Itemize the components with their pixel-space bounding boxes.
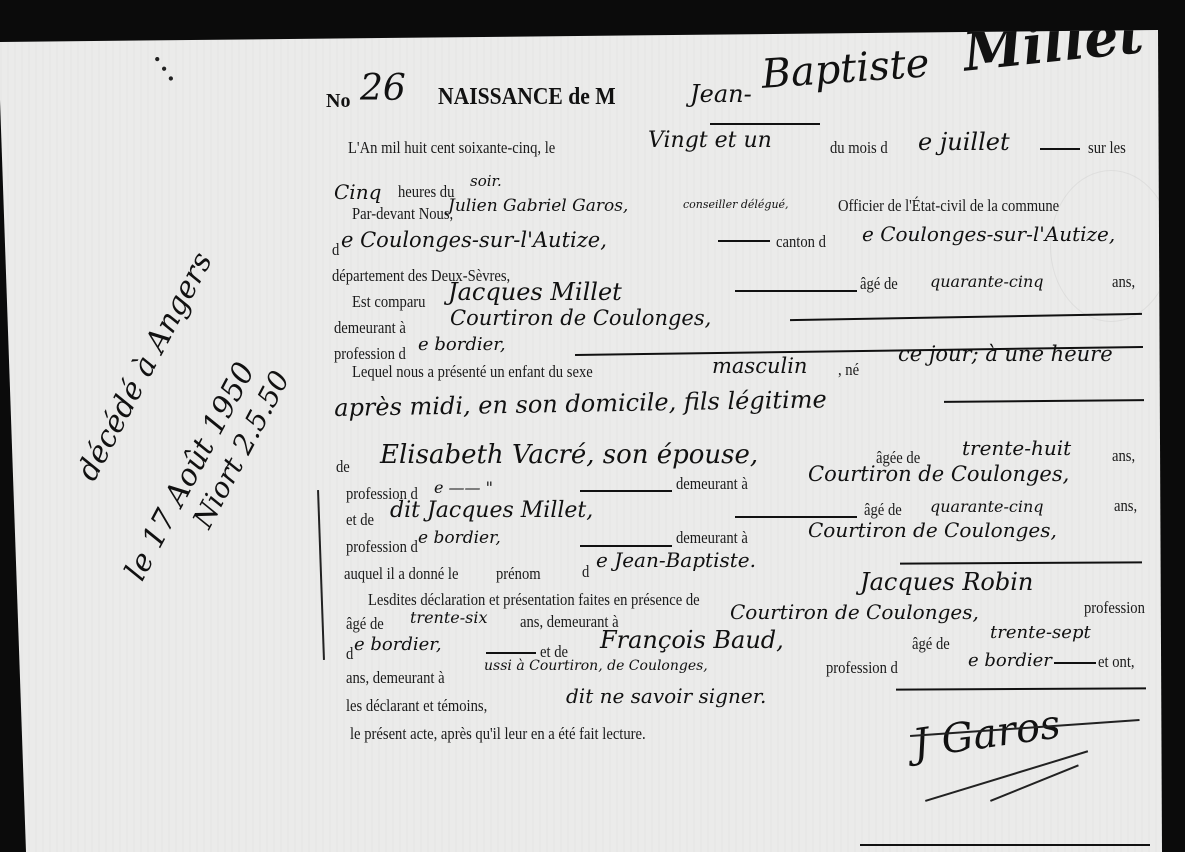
printed-text: demeurant à	[676, 528, 748, 548]
handwritten-time: soir.	[470, 172, 502, 190]
printed-text: auquel il a donné le	[344, 564, 458, 584]
printed-text: de	[336, 457, 350, 477]
printed-text: Est comparu	[352, 292, 425, 312]
handwritten-given-names: e Jean-Baptiste.	[596, 548, 756, 572]
next-entry-line	[860, 844, 1150, 846]
handwritten-witness-2: François Baud,	[600, 626, 784, 654]
printed-text: demeurant à	[334, 318, 406, 338]
printed-text: ans,	[1112, 272, 1135, 292]
printed-text: et de	[346, 510, 374, 530]
handwritten-officer-title: conseiller délégué,	[683, 198, 789, 211]
printed-text: le présent acte, après qu'il leur en a é…	[350, 724, 646, 744]
signature-overline	[910, 719, 1140, 737]
printed-text: canton d	[776, 232, 826, 252]
handwritten-mother-profession: e —— "	[434, 478, 493, 497]
printed-text: âgé de	[912, 634, 950, 654]
handwritten-canton: e Coulonges-sur-l'Autize,	[862, 222, 1115, 246]
fill-line	[580, 490, 672, 492]
printed-text: profession d	[346, 484, 418, 504]
printed-text: sur les	[1088, 138, 1126, 158]
printed-text: Lesdites déclaration et présentation fai…	[368, 590, 700, 610]
printed-text: âgé de	[346, 614, 384, 634]
faint-stamp	[1050, 170, 1172, 322]
printed-text: âgé de	[864, 500, 902, 520]
fill-line	[735, 516, 857, 518]
handwritten-residence: Courtiron de Coulonges,	[450, 306, 711, 330]
printed-text: , né	[838, 360, 859, 380]
officer-signature: J Garos	[910, 701, 1063, 767]
printed-text: et ont,	[1098, 652, 1135, 672]
signature-flourish	[925, 750, 1088, 802]
printed-text: Par-devant Nous,	[352, 204, 453, 224]
handwritten-father: Jacques Millet	[448, 278, 622, 306]
child-given-name-1: Jean-	[690, 80, 752, 108]
printed-text: Lequel nous a présenté un enfant du sexe	[352, 362, 593, 382]
handwritten-declarant-age: quarante-cinq	[930, 497, 1044, 516]
fill-line	[580, 545, 672, 547]
title-underline	[710, 123, 820, 125]
fill-line	[1054, 662, 1096, 664]
handwritten-day: Vingt et un	[648, 128, 772, 153]
margin-note-death-date: le 17 Août 1950	[118, 357, 262, 587]
handwritten-age: quarante-cinq	[930, 272, 1044, 291]
printed-text: profession d	[826, 658, 898, 678]
signature-flourish	[990, 764, 1079, 801]
printed-text: et de	[540, 642, 568, 662]
printed-text: du mois d	[830, 138, 888, 158]
handwritten-mother-age: trente-huit	[962, 436, 1071, 460]
fill-line	[896, 687, 1146, 690]
printed-text: âgé de	[860, 274, 898, 294]
fill-line	[900, 561, 1142, 564]
handwritten-witness-2-profession: e bordier	[968, 650, 1052, 671]
handwritten-commune: e Coulonges-sur-l'Autize,	[341, 228, 607, 252]
fill-line	[735, 290, 857, 292]
fill-line	[718, 240, 770, 242]
handwritten-declarant-profession: e bordier,	[418, 528, 501, 548]
fill-line	[1040, 148, 1080, 150]
handwritten-declarant-residence: Courtiron de Coulonges,	[808, 518, 1057, 542]
handwritten-birth-time: ce jour; à une heure	[898, 342, 1113, 366]
printed-text: profession d	[334, 344, 406, 364]
margin-note-death-place: décédé à Angers	[70, 247, 220, 487]
printed-text: demeurant à	[676, 474, 748, 494]
handwritten-officer: Julien Gabriel Garos,	[448, 196, 628, 216]
fill-line	[575, 346, 1143, 356]
handwritten-witness-1-residence: Courtiron de Coulonges,	[730, 600, 979, 624]
handwritten-witness-1: Jacques Robin	[860, 568, 1033, 596]
printed-text: profession	[1084, 598, 1145, 618]
printed-text: profession d	[346, 537, 418, 557]
handwritten-month: e juillet	[918, 128, 1010, 156]
handwritten-birth-place: après midi, en son domicile, fils légiti…	[334, 385, 827, 422]
act-title: NAISSANCE de M	[438, 84, 616, 111]
printed-text: ans, demeurant à	[520, 612, 619, 632]
handwritten-declarant: dit Jacques Millet,	[390, 498, 593, 523]
printed-text: ans, demeurant à	[346, 668, 445, 688]
handwritten-mother-residence: Courtiron de Coulonges,	[808, 462, 1069, 486]
handwritten-witness-2-age: trente-sept	[990, 622, 1091, 643]
handwritten-profession: e bordier,	[418, 334, 506, 355]
handwritten-witness-1-age: trente-six	[410, 608, 488, 627]
margin-note-place-date: Niort 2.5.50	[186, 365, 296, 533]
number-prefix: No	[326, 90, 350, 113]
printed-text: d	[346, 644, 353, 664]
child-given-name-2: Baptiste	[760, 40, 931, 98]
printed-text: d	[582, 562, 589, 582]
printed-text: L'An mil huit cent soixante-cinq, le	[348, 138, 555, 158]
printed-text: âgée de	[876, 448, 920, 468]
printed-text: ans,	[1114, 496, 1137, 516]
handwritten-mother: Elisabeth Vacré, son épouse,	[380, 440, 758, 470]
handwritten-witness-2-residence: ussi à Courtiron, de Coulonges,	[484, 658, 708, 674]
ink-specks: • • •	[149, 52, 178, 86]
fill-line	[944, 399, 1144, 403]
printed-text: d	[332, 240, 339, 260]
handwritten-witness-1-profession: e bordier,	[354, 634, 442, 655]
printed-text: heures du	[398, 182, 454, 202]
printed-text: ans,	[1112, 446, 1135, 466]
printed-text: département des Deux-Sèvres,	[332, 266, 510, 286]
act-number: 26	[360, 68, 406, 109]
register-page: • • • No 26 NAISSANCE de M Jean- Baptist…	[0, 0, 1185, 852]
child-surname: Millet	[960, 1, 1146, 84]
fill-line	[790, 313, 1142, 321]
handwritten-signing-note: dit ne savoir signer.	[566, 684, 766, 708]
printed-text: les déclarant et témoins,	[346, 696, 487, 716]
handwritten-hour: Cinq	[334, 180, 381, 204]
printed-text: Officier de l'État-civil de la commune	[838, 196, 1059, 216]
margin-signature-stroke	[317, 490, 325, 660]
printed-text: prénom	[496, 564, 541, 584]
fill-line	[486, 652, 536, 654]
handwritten-sex: masculin	[712, 354, 807, 378]
